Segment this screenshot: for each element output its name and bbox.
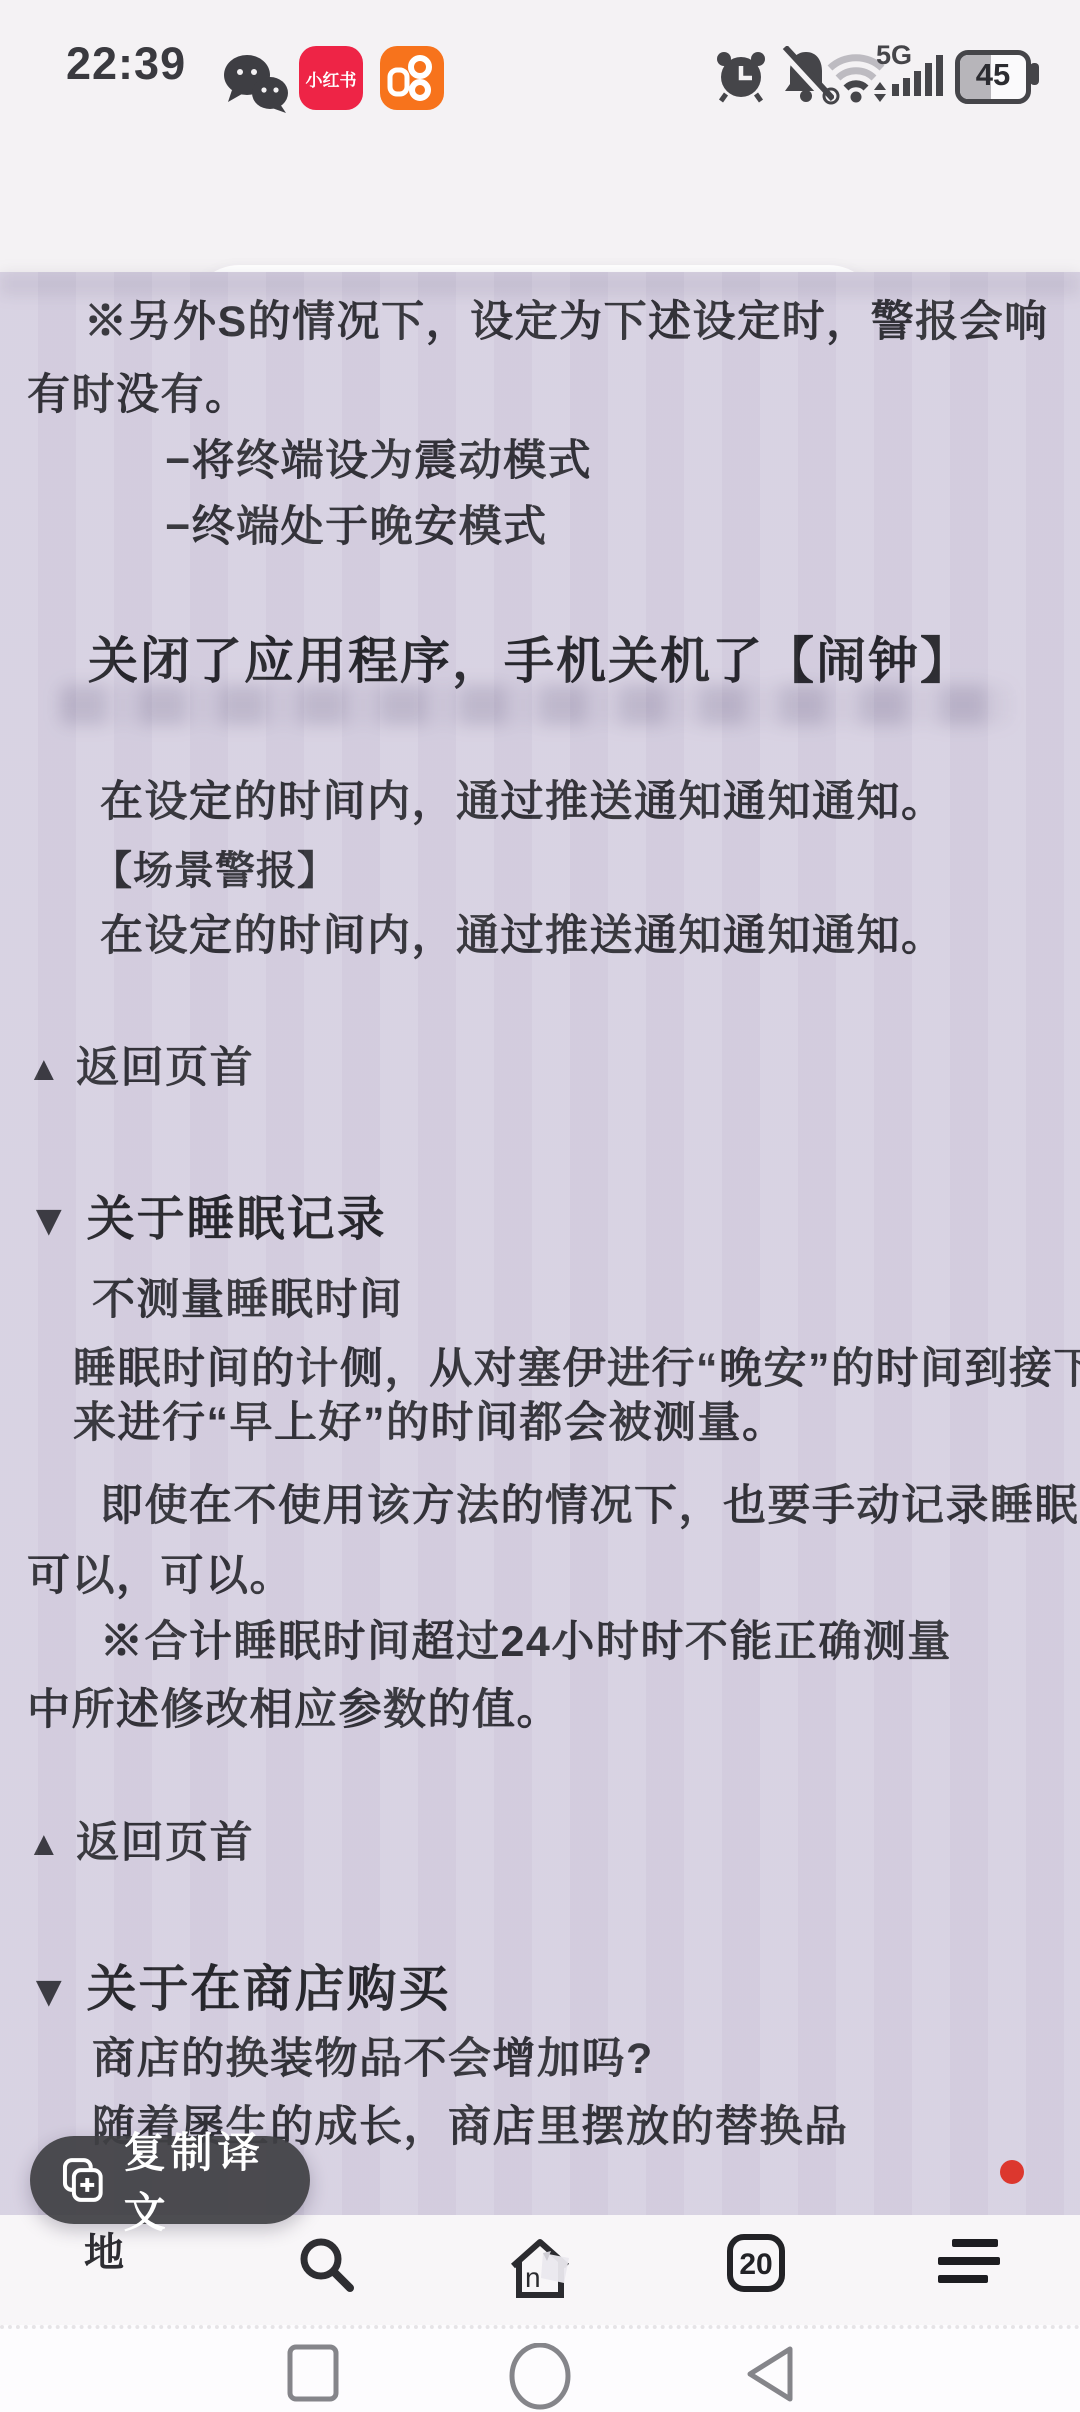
kuaishou-camera-glyph bbox=[380, 46, 444, 110]
paragraph: 睡眠时间的计侧，从对塞伊进行“晚安”的时间到接下 bbox=[73, 1335, 1080, 1396]
toolbar-partial-text[interactable]: 地 bbox=[84, 2221, 124, 2278]
signal-bars-icon bbox=[892, 52, 948, 98]
section-heading: 关闭了应用程序，手机关机了【闹钟】 bbox=[88, 621, 972, 693]
back-triangle-icon[interactable] bbox=[740, 2343, 800, 2405]
back-to-top-label: 返回页首 bbox=[76, 1819, 254, 1867]
paragraph: 中所述修改相应参数的值。 bbox=[27, 1676, 561, 1737]
xiaohongshu-label: 小红书 bbox=[306, 66, 357, 91]
back-to-top-label: 返回页首 bbox=[76, 1044, 254, 1092]
notification-badge bbox=[1000, 2160, 1024, 2184]
translator-nav-bar: 自动检测 ▼ 中文 ▼ bbox=[0, 115, 1080, 272]
clock-text: 22:39 bbox=[66, 38, 186, 90]
paragraph: 商店的换装物品不会增加吗? bbox=[92, 2025, 654, 2086]
list-item: −将终端设为震动模式 bbox=[165, 427, 592, 488]
collapsible-section-heading[interactable]: ▼关于睡眠记录 bbox=[27, 1180, 387, 1249]
tab-count: 20 bbox=[739, 2248, 772, 2281]
blurred-ghost-text bbox=[60, 685, 1010, 725]
battery-percent: 45 bbox=[960, 57, 1026, 93]
section-title: 关于睡眠记录 bbox=[87, 1193, 387, 1246]
list-item: −终端处于晚安模式 bbox=[165, 493, 548, 554]
paragraph: 可以，可以。 bbox=[27, 1542, 294, 1603]
triangle-down-icon: ▼ bbox=[27, 1196, 73, 1246]
paragraph: 即使在不使用该方法的情况下，也要手动记录睡眠时间 bbox=[100, 1472, 1080, 1533]
wechat-notification-icon bbox=[222, 52, 292, 114]
search-icon[interactable] bbox=[295, 2233, 357, 2295]
paragraph: ※合计睡眠时间超过24小时时不能正确测量 bbox=[100, 1608, 952, 1669]
status-bar: 22:39 小红书 bbox=[0, 0, 1080, 115]
back-to-top-link[interactable]: ▲返回页首 bbox=[27, 1809, 254, 1870]
home-circle-icon[interactable] bbox=[508, 2343, 572, 2411]
phone-screen: 22:39 小红书 bbox=[0, 0, 1080, 2412]
copy-translation-button[interactable]: 复制译文 bbox=[30, 2136, 310, 2224]
collapsible-section-heading[interactable]: ▼关于在商店购买 bbox=[27, 1949, 451, 2021]
back-to-top-link[interactable]: ▲返回页首 bbox=[27, 1034, 254, 1095]
sub-heading: 【场景警报】 bbox=[92, 839, 338, 896]
android-navigation-bar bbox=[0, 2325, 1080, 2412]
section-title: 关于在商店购买 bbox=[87, 1961, 451, 2017]
home-icon[interactable]: n bbox=[505, 2233, 577, 2301]
triangle-down-icon: ▼ bbox=[27, 1967, 73, 2017]
triangle-up-icon: ▲ bbox=[27, 1050, 62, 1089]
paragraph: 来进行“早上好”的时间都会被测量。 bbox=[73, 1389, 787, 1450]
xiaohongshu-notification-icon: 小红书 bbox=[299, 46, 363, 110]
copy-translation-label: 复制译文 bbox=[124, 2120, 310, 2240]
battery-icon: 45 bbox=[955, 50, 1031, 104]
battery-cap bbox=[1030, 63, 1039, 85]
recents-square-icon[interactable] bbox=[286, 2343, 340, 2403]
triangle-up-icon: ▲ bbox=[27, 1825, 62, 1864]
alarm-clock-icon bbox=[714, 48, 768, 104]
home-letter: n bbox=[525, 2262, 541, 2293]
paragraph: 不测量睡眠时间 bbox=[92, 1266, 404, 1327]
paragraph: 有时没有。 bbox=[27, 361, 250, 422]
translated-page-content: ※另外S的情况下，设定为下述设定时，警报会响 有时没有。 −将终端设为震动模式 … bbox=[0, 272, 1080, 2215]
paragraph: 在设定的时间内，通过推送通知通知通知。 bbox=[100, 902, 946, 963]
menu-hamburger-icon[interactable] bbox=[936, 2233, 1002, 2291]
paragraph: ※另外S的情况下，设定为下述设定时，警报会响 bbox=[84, 288, 1049, 349]
kuaishou-notification-icon bbox=[380, 46, 444, 110]
copy-icon bbox=[60, 2157, 106, 2203]
paragraph: 在设定的时间内，通过推送通知通知通知。 bbox=[100, 768, 946, 829]
tab-counter-icon[interactable]: 20 bbox=[726, 2233, 786, 2293]
